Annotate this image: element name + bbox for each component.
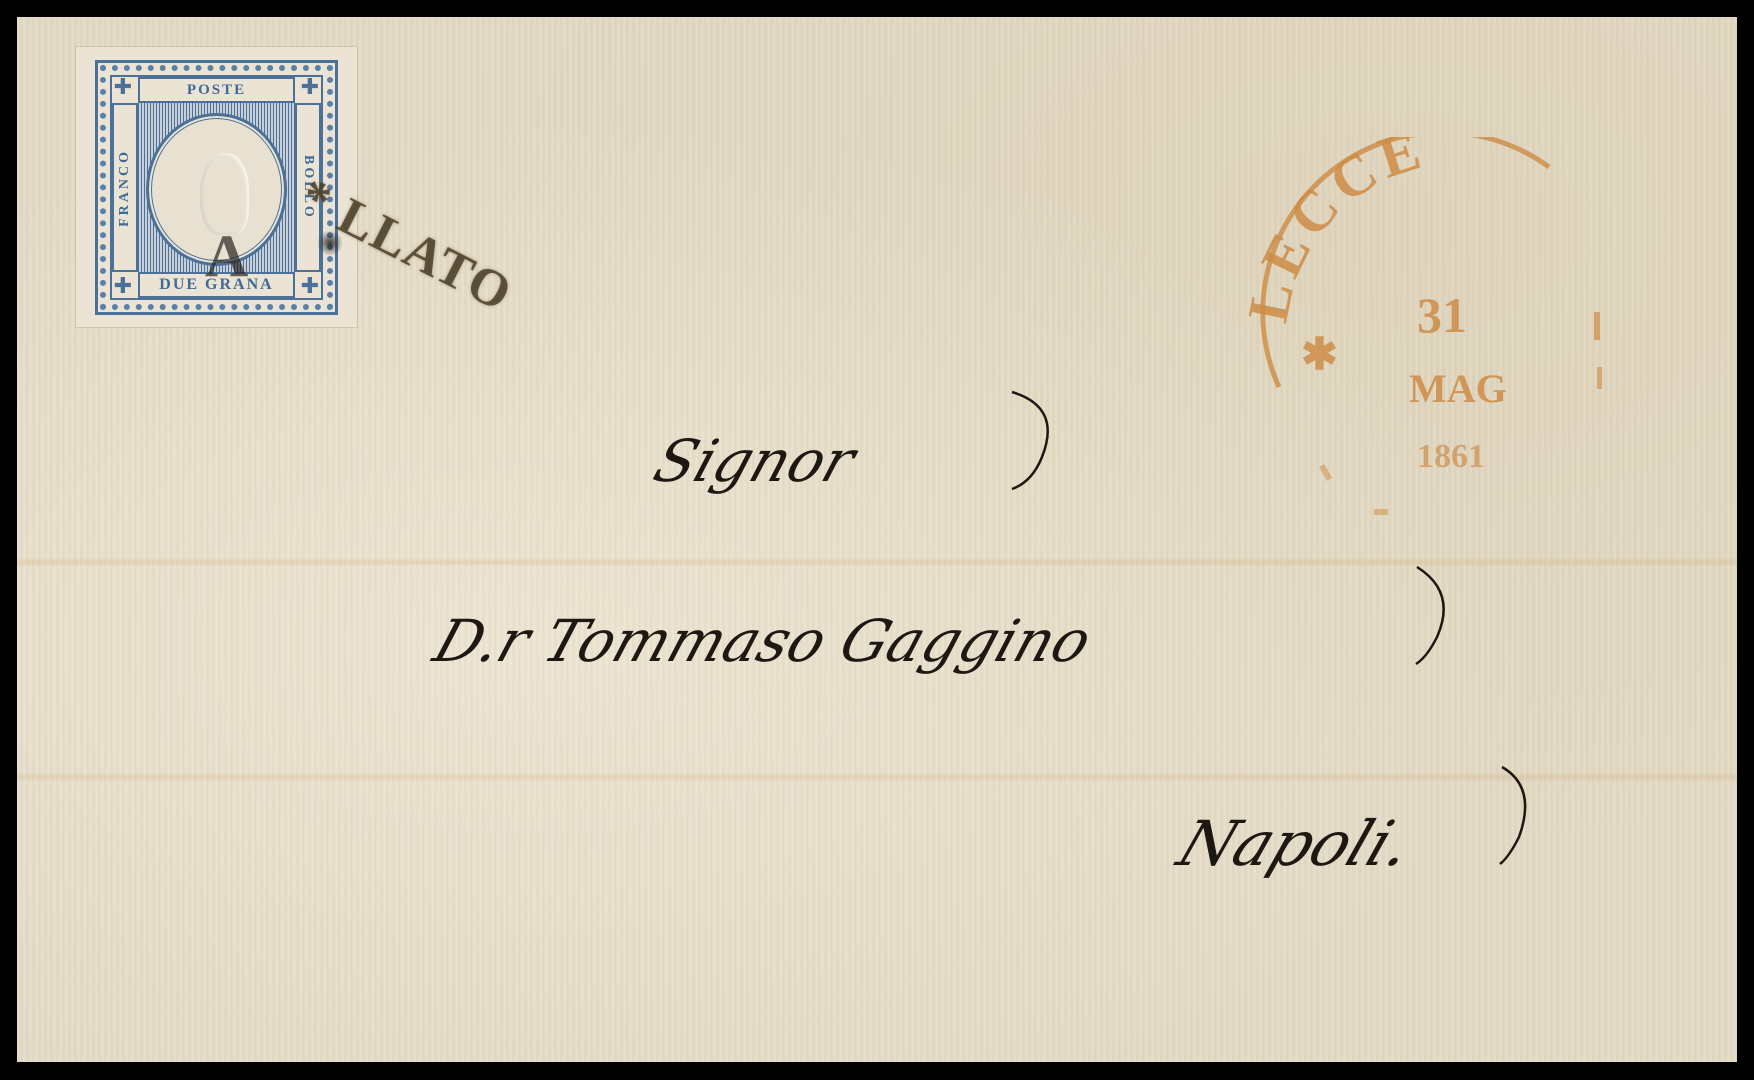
cross-icon: ✚ <box>299 77 321 99</box>
stamp-left-label: FRANCO <box>112 103 138 272</box>
letter-cover: POSTE DUE GRANA FRANCO BOLLO ✚ ✚ ✚ ✚ A *… <box>17 17 1737 1062</box>
address-salutation: Signor <box>646 427 864 495</box>
address-city: Napoli. <box>1169 807 1423 880</box>
postmark-month: MAG <box>1409 366 1507 411</box>
numeral-cancel: A <box>205 222 248 291</box>
flourish-icon <box>1007 387 1067 497</box>
lecce-postmark: LECCE ✱ 31 MAG 1861 <box>1249 137 1669 527</box>
cross-icon: ✚ <box>299 276 321 298</box>
stamp-top-label: POSTE <box>138 77 295 103</box>
postmark-year: 1861 <box>1417 438 1485 475</box>
fold-crease <box>17 557 1737 567</box>
svg-text:LECCE: LECCE <box>1249 137 1433 327</box>
cross-icon: ✚ <box>112 276 134 298</box>
flourish-icon <box>1497 762 1537 872</box>
flourish-icon <box>1412 562 1452 672</box>
address-recipient: D.r Tommaso Gaggino <box>426 607 1100 675</box>
postmark-day: 31 <box>1417 287 1467 343</box>
cross-icon: ✚ <box>112 77 134 99</box>
fold-crease <box>17 772 1737 782</box>
postmark-town: LECCE <box>1249 137 1433 327</box>
star-icon: ✱ <box>1301 330 1338 379</box>
